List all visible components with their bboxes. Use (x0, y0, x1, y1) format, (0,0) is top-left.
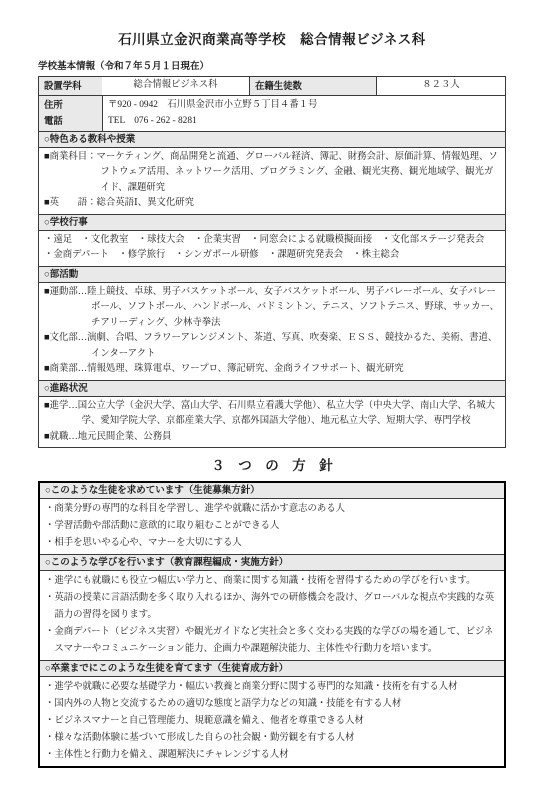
policy-body-development: ・進学や就職に必要な基礎学力・幅広い教養と商業分野に関する専門的な知識・技術を有… (40, 676, 504, 766)
policy-recruitment-item-2: ・学習活動や部活動に意欲的に取り組むことができる人 (45, 518, 499, 535)
table-row-department: 設置学科 総合情報ビジネス科 在籍生徒数 ８２３人 (39, 77, 505, 95)
policy-curriculum-item-2: ・英語の授業に言語活動を多く取り入れるほか、海外での研修機会を設け、グローバルな… (45, 590, 499, 624)
policy-header-development: ○卒業までにこのような生徒を育てます（生徒育成方針） (40, 660, 504, 676)
phone-value: TEL 076 - 262 - 8281 (108, 113, 500, 130)
enrollment-value-cell: ８２３人 (376, 77, 505, 95)
subjects-english-line: ■英 語：総合英語Ⅰ、異文化研究 (44, 196, 500, 212)
policy-development-item-3: ・ビジネスマナーと自己管理能力、規範意識を備え、他者を尊重できる人材 (45, 713, 499, 730)
policy-header-recruitment: ○このような生徒を求めています（生徒募集方針） (40, 483, 504, 498)
clubs-culture-line: ■文化部…演劇、合唱、フラワーアレンジメント、茶道、写真、吹奏楽、ＥＳＳ、競技か… (44, 331, 500, 362)
address-label: 住所 (44, 97, 97, 114)
policy-development-item-4: ・様々な活動体験に基づいて形成した自らの社会観・勤労観を有する人材 (45, 730, 499, 747)
contact-value-cell: 〒920 - 0942 石川県金沢市小立野５丁目４番１号 TEL 076 - 2… (102, 96, 505, 131)
table-row-contact: 住所 電話 〒920 - 0942 石川県金沢市小立野５丁目４番１号 TEL 0… (39, 95, 505, 131)
policies-table: ○このような生徒を求めています（生徒募集方針） ・商業分野の専門的な科目を学習し… (38, 481, 506, 768)
events-line-1: ・遠足 ・文化教室 ・球技大会 ・企業実習 ・同窓会による就職模擬面接 ・文化部… (44, 233, 500, 249)
section-body-events: ・遠足 ・文化教室 ・球技大会 ・企業実習 ・同窓会による就職模擬面接 ・文化部… (39, 230, 505, 266)
careers-university-line: ■進学…国公立大学（金沢大学、富山大学、石川県立看護大学他）、私立大学（中央大学… (44, 399, 500, 430)
address-value: 〒920 - 0942 石川県金沢市小立野５丁目４番１号 (108, 97, 500, 114)
section-header-clubs: ○部活動 (39, 266, 505, 282)
section-header-events: ○学校行事 (39, 214, 505, 230)
section-header-careers: ○進路状況 (39, 380, 505, 396)
section-body-subjects: ■商業科目：マーケティング、商品開発と流通、グローバル経済、簿記、財務会計、原価… (39, 147, 505, 214)
dept-label-cell: 設置学科 (39, 77, 102, 95)
enrollment-label-cell: 在籍生徒数 (249, 77, 376, 95)
phone-label: 電話 (44, 113, 97, 130)
policy-body-recruitment: ・商業分野の専門的な科目を学習し、進学や就職に活かす意志のある人 ・学習活動や部… (40, 498, 504, 554)
basic-info-heading: 学校基本情報（令和７年５月１日現在） (38, 60, 506, 74)
policy-development-item-1: ・進学や就職に必要な基礎学力・幅広い教養と商業分野に関する専門的な知識・技術を有… (45, 679, 499, 696)
subjects-commerce-line: ■商業科目：マーケティング、商品開発と流通、グローバル経済、簿記、財務会計、原価… (44, 150, 500, 197)
document-title: 石川県立金沢商業高等学校 総合情報ビジネス科 (38, 32, 506, 48)
policy-curriculum-item-3: ・金商デパート（ビジネス実習）や観光ガイドなど実社会と多く交わる実践的な学びの場… (45, 624, 499, 658)
policy-development-item-5: ・主体性と行動力を備え、課題解決にチャレンジする人材 (45, 747, 499, 764)
policy-curriculum-item-1: ・進学にも就職にも役立つ幅広い学力と、商業に関する知識・技術を習得するための学び… (45, 573, 499, 590)
policy-header-curriculum: ○このような学びを行います（教育課程編成・実施方針） (40, 554, 504, 570)
section-body-clubs: ■運動部…陸上競技、卓球、男子バスケットボール、女子バスケットボール、男子バレー… (39, 282, 505, 380)
policy-recruitment-item-1: ・商業分野の専門的な科目を学習し、進学や就職に活かす意志のある人 (45, 501, 499, 518)
section-body-careers: ■進学…国公立大学（金沢大学、富山大学、石川県立看護大学他）、私立大学（中央大学… (39, 396, 505, 448)
dept-value-cell: 総合情報ビジネス科 (102, 77, 249, 95)
events-line-2: ・金商デパート ・修学旅行 ・シンガポール研修 ・課題研究発表会 ・株主総会 (44, 248, 500, 264)
careers-employment-line: ■就職…地元民間企業、公務員 (44, 430, 500, 446)
document-page: 石川県立金沢商業高等学校 総合情報ビジネス科 学校基本情報（令和７年５月１日現在… (0, 0, 548, 788)
policy-body-curriculum: ・進学にも就職にも役立つ幅広い学力と、商業に関する知識・技術を習得するための学び… (40, 570, 504, 660)
policy-recruitment-item-3: ・相手を思いやる心や、マナーを大切にする人 (45, 535, 499, 552)
basic-info-table: 設置学科 総合情報ビジネス科 在籍生徒数 ８２３人 住所 電話 〒920 - 0… (38, 76, 506, 448)
contact-label-cell: 住所 電話 (39, 96, 102, 131)
clubs-commerce-line: ■商業部…情報処理、珠算電卓、ワープロ、簿記研究、金商ライフサポート、観光研究 (44, 362, 500, 378)
section-header-subjects: ○特色ある教科や授業 (39, 131, 505, 147)
clubs-sports-line: ■運動部…陸上競技、卓球、男子バスケットボール、女子バスケットボール、男子バレー… (44, 285, 500, 332)
policy-development-item-2: ・国内外の人物と交流するための適切な態度と語学力などの知識・技能を有する人材 (45, 696, 499, 713)
policies-title: ３ つ の 方 針 (38, 457, 506, 474)
